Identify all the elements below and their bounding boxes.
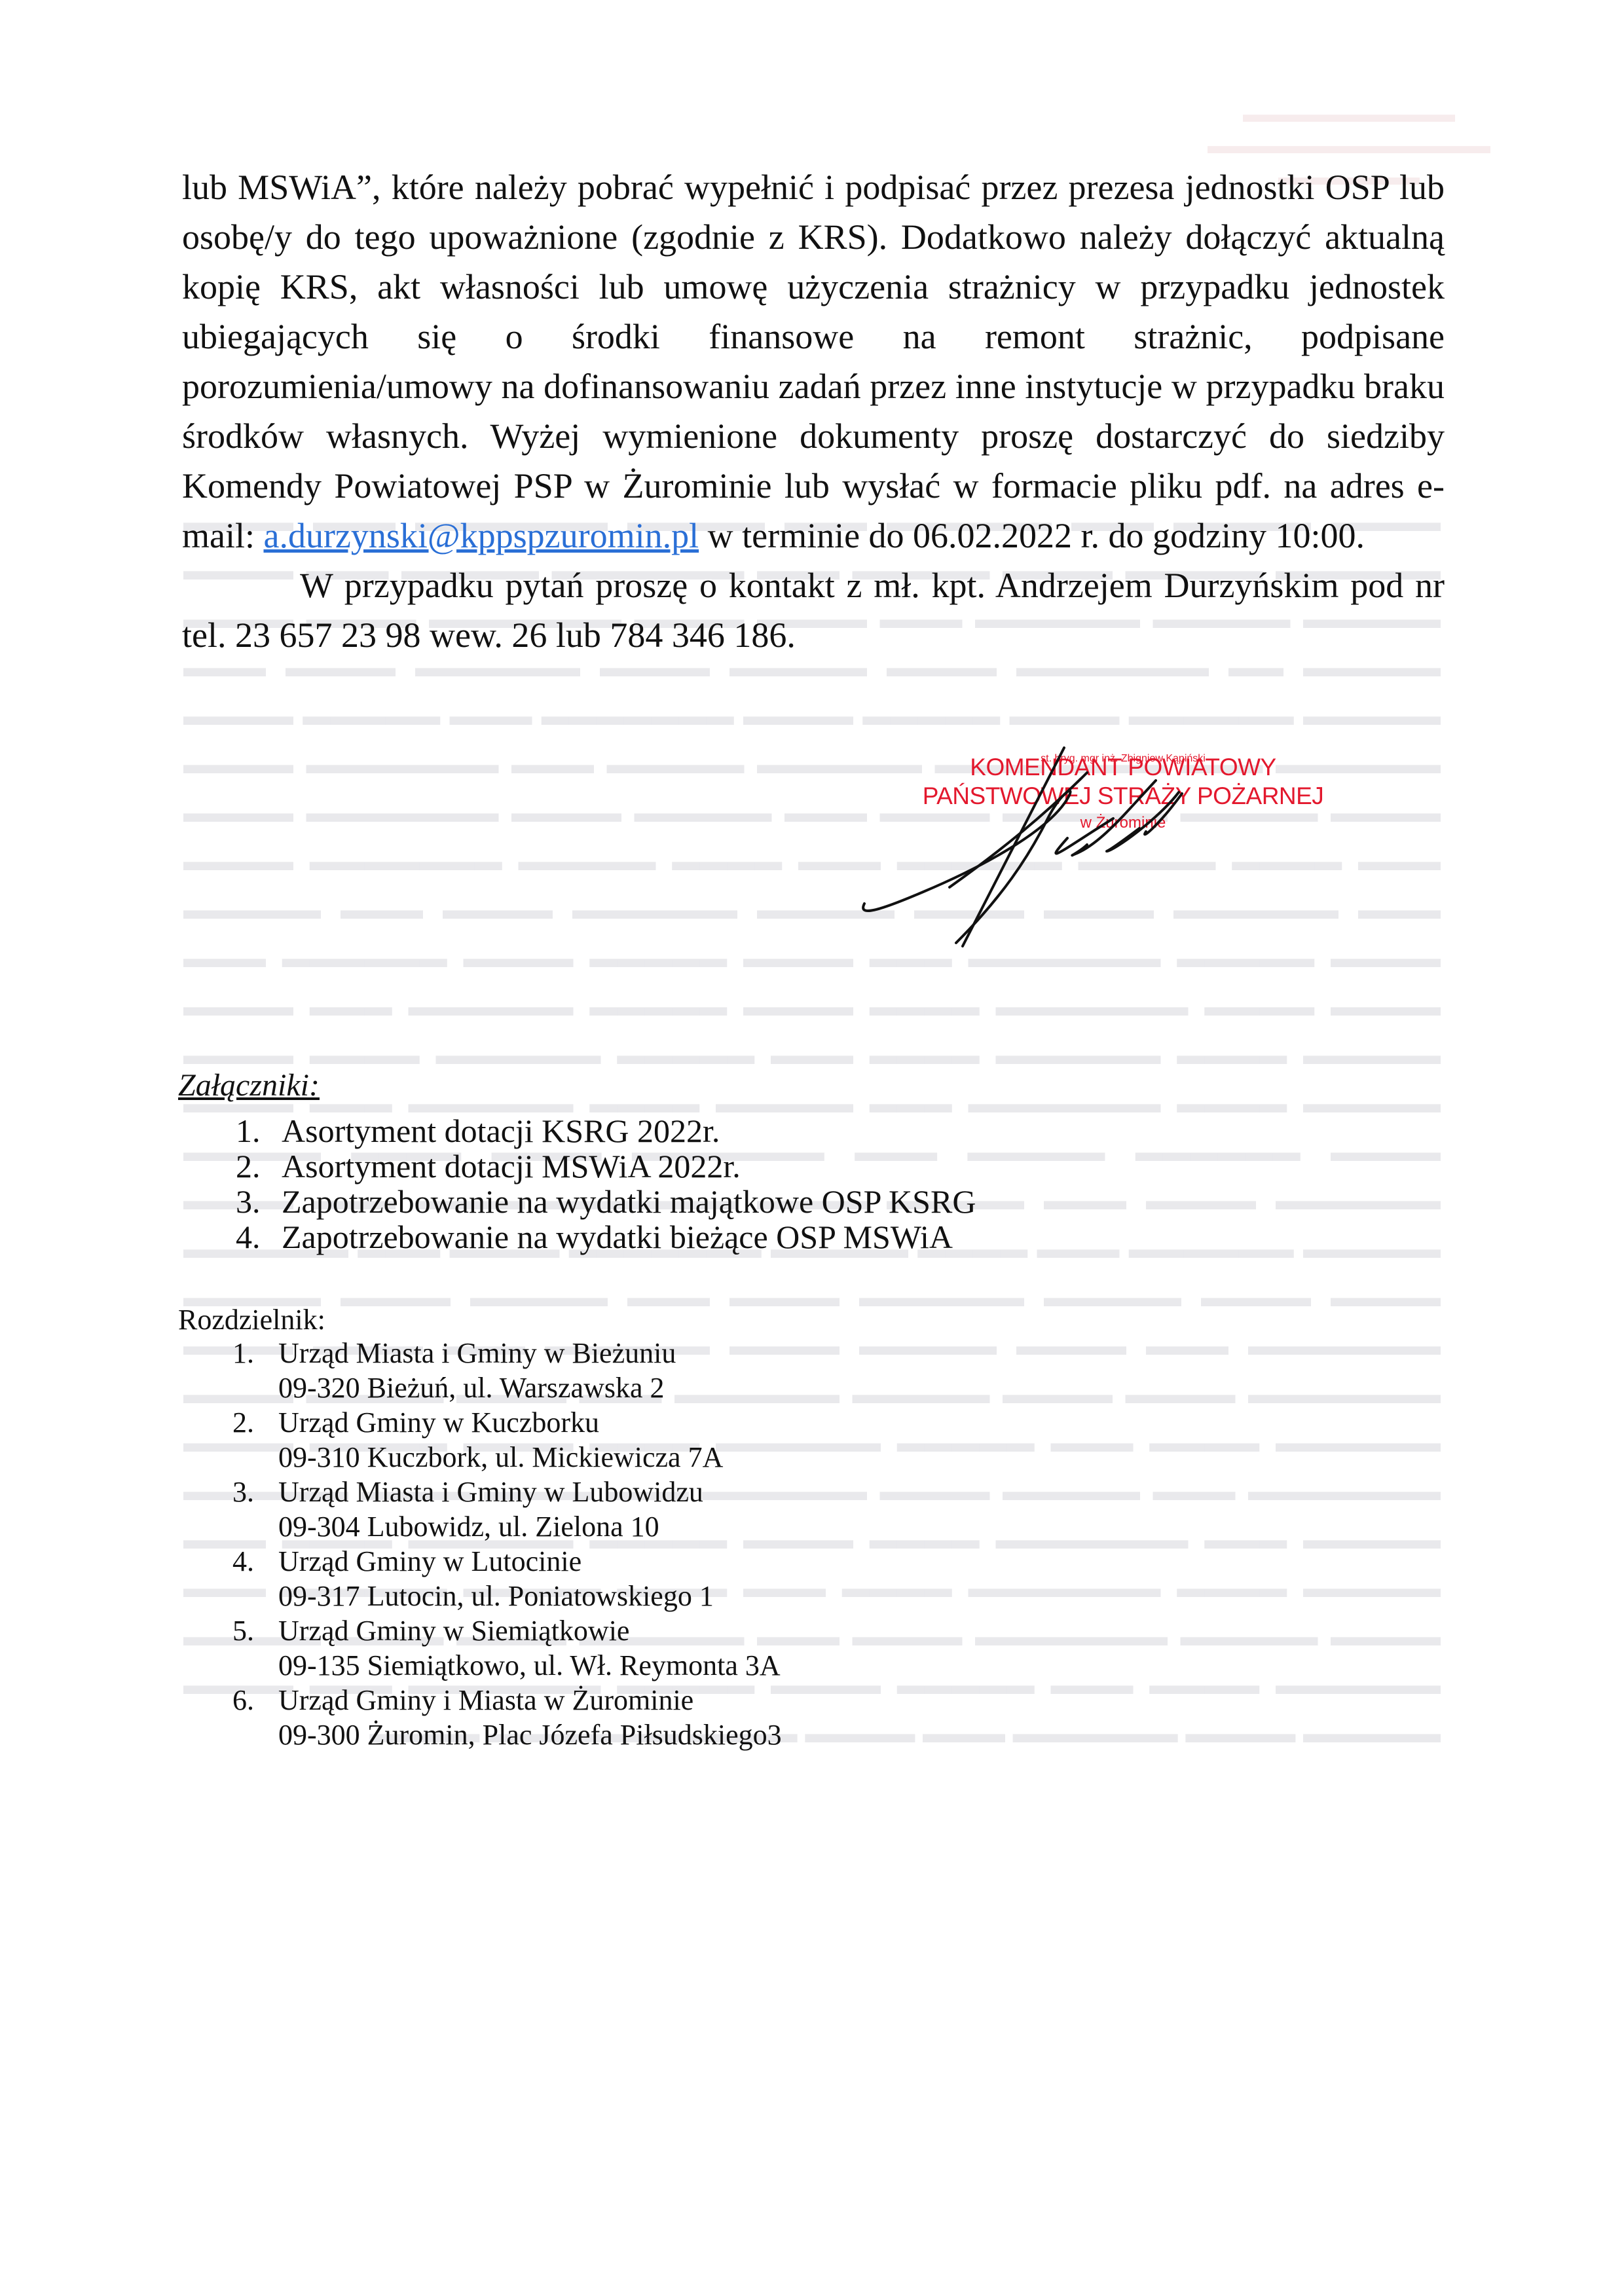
recipient-address: 09-310 Kuczbork, ul. Mickiewicza 7A — [278, 1440, 723, 1475]
official-stamp: KOMENDANT POWIATOWY PAŃSTWOWEJ STRAŻY PO… — [913, 753, 1333, 835]
recipient-name: Urząd Gminy w Siemiątkowie — [278, 1613, 781, 1648]
attachment-item: 4.Zapotrzebowanie na wydatki bieżące OSP… — [236, 1219, 976, 1255]
attachments-heading: Załączniki: — [178, 1067, 320, 1103]
recipient-address: 09-317 Lutocin, ul. Poniatowskiego 1 — [278, 1579, 714, 1613]
stamp-signatory-name: st. bryg. mgr inż. Zbigniew Kąpiński — [913, 753, 1333, 765]
distribution-item: 2.Urząd Gminy w Kuczborku09-310 Kuczbork… — [232, 1405, 782, 1475]
recipient-address: 09-320 Bieżuń, ul. Warszawska 2 — [278, 1370, 676, 1405]
distribution-item: 5.Urząd Gminy w Siemiątkowie09-135 Siemi… — [232, 1613, 782, 1683]
stamp-line-institution: PAŃSTWOWEJ STRAŻY POŻARNEJ — [913, 782, 1333, 811]
attachment-item: 3.Zapotrzebowanie na wydatki majątkowe O… — [236, 1184, 976, 1219]
stamp-line-location: w Żurominie — [913, 811, 1333, 835]
recipient-address: 09-300 Żuromin, Plac Józefa Piłsudskiego… — [278, 1717, 782, 1752]
recipient-address: 09-304 Lubowidz, ul. Zielona 10 — [278, 1509, 703, 1544]
distribution-item: 6.Urząd Gminy i Miasta w Żurominie09-300… — [232, 1683, 782, 1752]
letter-body: lub MSWiA”, które należy pobrać wypełnić… — [182, 162, 1445, 660]
recipient-name: Urząd Gminy i Miasta w Żurominie — [278, 1683, 782, 1717]
paragraph-contact: W przypadku pytań proszę o kontakt z mł.… — [182, 560, 1445, 660]
distribution-item: 3.Urząd Miasta i Gminy w Lubowidzu09-304… — [232, 1475, 782, 1544]
paragraph-instructions: lub MSWiA”, które należy pobrać wypełnić… — [182, 162, 1445, 560]
recipient-name: Urząd Miasta i Gminy w Bieżuniu — [278, 1336, 676, 1370]
attachment-item: 2.Asortyment dotacji MSWiA 2022r. — [236, 1148, 976, 1184]
distribution-list: 1.Urząd Miasta i Gminy w Bieżuniu09-320 … — [232, 1336, 782, 1752]
email-link[interactable]: a.durzynski@kppspzuromin.pl — [263, 516, 699, 555]
recipient-name: Urząd Miasta i Gminy w Lubowidzu — [278, 1475, 703, 1509]
distribution-heading: Rozdzielnik: — [178, 1303, 325, 1336]
recipient-address: 09-135 Siemiątkowo, ul. Wł. Reymonta 3A — [278, 1648, 781, 1683]
document-page: ▬▬▬▬▬▬▬▬▬▬▬▬▬▬▬▬▬▬▬▬▬▬▬▬▬▬▬ ▬▬▬▬ ▬▬▬▬▬ ▬… — [0, 0, 1624, 2295]
attachment-item: 1.Asortyment dotacji KSRG 2022r. — [236, 1113, 976, 1148]
attachments-list: 1.Asortyment dotacji KSRG 2022r. 2.Asort… — [236, 1113, 976, 1255]
recipient-name: Urząd Gminy w Lutocinie — [278, 1544, 714, 1579]
distribution-item: 4.Urząd Gminy w Lutocinie09-317 Lutocin,… — [232, 1544, 782, 1613]
distribution-item: 1.Urząd Miasta i Gminy w Bieżuniu09-320 … — [232, 1336, 782, 1405]
recipient-name: Urząd Gminy w Kuczborku — [278, 1405, 723, 1440]
